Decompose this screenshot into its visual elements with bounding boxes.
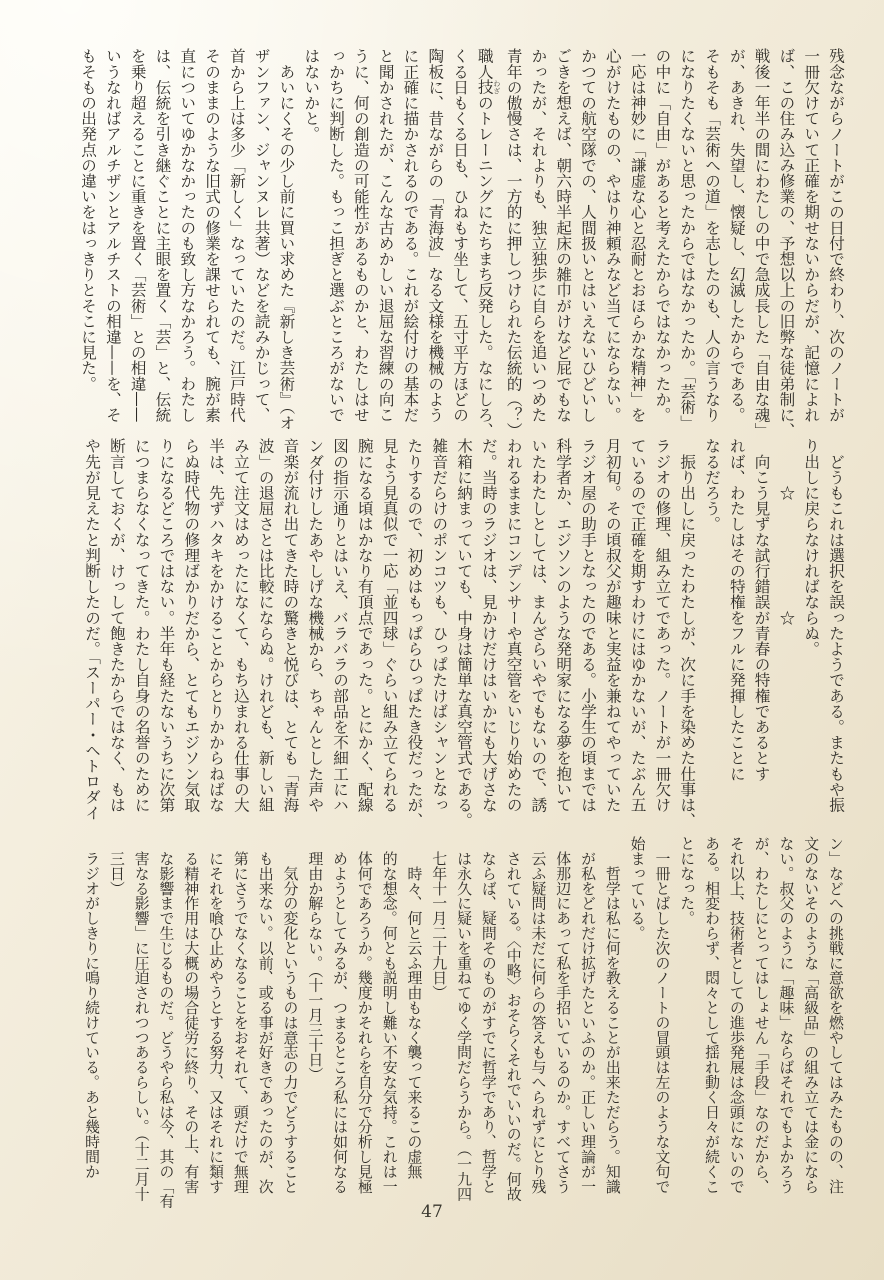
text-block-middle: どうもこれは選択を誤ったようである。またもや振り出しに戻らなければならぬ。 ☆ … [79,438,848,824]
text-column: かったが、それよりも、独立独歩に自らを追いつめた [526,48,551,428]
text-column: いたわたしとしては、まんざらいやでもないので、誘 [526,438,551,824]
text-column: ているので正確を期すわけにはゆかないが、たぶん五 [625,438,650,824]
text-column: ザンファン、ジャンヌレ共著）などを読みかじって、 [249,48,274,428]
text-column: ☆ ☆ [774,438,799,824]
text-column: うに、何の創造の可能性があるものかと、わたしはせ [348,48,373,428]
text-column: そもそも「芸術への道」を志したのも、人の言うなり [699,48,724,428]
text-column: 波」の退屈さとは比較にならぬ。けれども、新しい組 [253,438,278,824]
text-column: 害なる影響」に圧迫されつつあるらしい。（十二月十 [129,836,154,1198]
text-column: が、あきれ、失望し、懐疑し、幻滅したからである。 [724,48,749,428]
text-column: になりたくないと思ったからではなかったか。「芸術」 [674,48,699,428]
text-column: もそもの出発点の違いをはっきりとそこに見た。 [75,48,100,428]
text-column: り出しに戻らなければならぬ。 [798,438,823,824]
text-column: どうもこれは選択を誤ったようである。またもや振 [823,438,848,824]
text-column: 気分の変化というものは意志の力でどうすること [278,836,303,1198]
page-number: 47 [402,1202,462,1222]
text-column: 一冊とばした次のノートの冒頭は左のような文句で [650,836,675,1198]
text-column: 心がけたものの、やはり神頼みなど当てにならない。 [600,48,625,428]
text-column: 残念ながらノートがこの日付で終わり、次のノートが [823,48,848,428]
text-column: な影響まで生じるものだ。どうやら私は今、其の「有 [154,836,179,1198]
text-column: ラジオの修理、組み立てであった。ノートが一冊欠け [650,438,675,824]
text-column: 断言しておくが、けっして飽きたからではなく、もは [104,438,129,824]
text-column: 体那辺にあって私を手招いているのか。すべてさう [550,836,575,1198]
text-column: る精神作用は大概の場合徒労に終り、その上、有害 [178,836,203,1198]
text-column: とになった。 [674,836,699,1198]
text-column: 文のないそのような「高級品」の組み立ては金になら [798,836,823,1198]
text-column: 首から上は多少「新しく」なっていたのだ。江戸時代 [224,48,249,428]
text-column: 云ふ疑問は未だに何らの答えも与へられずにとり残 [526,836,551,1198]
text-column: を乗り超えることに重きを置く「芸術」との相違—— [125,48,150,428]
text-column: ある。相変わらず、悶々として揺れ動く日々が続くこ [699,836,724,1198]
text-column: なるだろう。 [699,438,724,824]
text-column: らぬ時代物の修理ばかりだから、とてもエジソン気取 [178,438,203,824]
text-column: されている。〈中略〉おそらくそれでいいのだ。何故 [501,836,526,1198]
text-block-bottom: ン」などへの挑戦に意欲を燃やしてはみたものの、注文のないそのような「高級品」の組… [79,836,848,1198]
text-column: ン」などへの挑戦に意欲を燃やしてはみたものの、注 [823,836,848,1198]
text-column: 向こう見ずな試行錯誤が青春の特権であるとす [749,438,774,824]
text-column: が、わたしにとってはしょせん「手段」なのだから、 [749,836,774,1198]
text-column: くる日もくる日も、ひねもす坐して、五寸平方ほどの [447,48,472,428]
text-column: も出来ない。以前、或る事が好きであったのが、次 [253,836,278,1198]
text-column: にそれを喰ひ止めやうとする努力、又はそれに類す [203,836,228,1198]
text-column: 直についてゆかなかったのも致し方なかろう。わたし [174,48,199,428]
text-column: 戦後一年半の間にわたしの中で急成長した「自由な魂」 [749,48,774,428]
text-column: われるままにコンデンサーや真空管をいじり始めたの [501,438,526,824]
text-column: れば、わたしはその特権をフルに発揮したことに [724,438,749,824]
book-page: 残念ながらノートがこの日付で終わり、次のノートが一冊欠けていて正確を期せないから… [0,0,884,1280]
text-column: 陶板に、昔ながらの「青海波」なる文様を機械のよう [422,48,447,428]
text-column: は永久に疑いを重ねてゆく学問だらうから。（一九四 [451,836,476,1198]
text-column: めようとしてみるが、つまるところ私には如何なる [327,836,352,1198]
text-column: ならば、疑問そのものがすでに哲学であり、哲学と [476,836,501,1198]
text-column: 雑音だらけのポンコツも、ひっぱたけばシャンとなっ [426,438,451,824]
text-column: 腕になる頃はかなり有頂点であった。とにかく、配線 [352,438,377,824]
text-column: っかちに判断した。もっこ担ぎと選ぶところがないで [323,48,348,428]
text-column: 振り出しに戻ったわたしが、次に手を染めた仕事は、 [674,438,699,824]
text-column: の中に「自由」があると考えたからではなかったか。 [650,48,675,428]
text-column: は、伝統を引き継ぐことに主眼を置く「芸」と、伝統 [150,48,175,428]
text-column: 的な想念。何とも説明し難い不安な気持。これは一 [377,836,402,1198]
text-column: や先が見えたと判断したのだ。「スーパー・ヘトロダイ [79,438,104,824]
text-column: 図の指示通りとはいえ、バラバラの部品を不細工にハ [327,438,352,824]
furigana: 技わざ [476,79,494,95]
text-column: ば、この住み込み修業の、予想以上の旧弊な徒弟制に、 [774,48,799,428]
text-column: そのままのような旧式の修業を課せられても、腕が素 [199,48,224,428]
text-column: だ。当時のラジオは、見かけだけはいかにも大げさな [476,438,501,824]
text-column: 見よう見真似で一応「並四球」ぐらい組み立てられる [377,438,402,824]
text-column: ラジオ屋の助手となったのである。小学生の頃までは [575,438,600,824]
text-column: 哲学は私に何を教えることが出来ただらう。知識 [600,836,625,1198]
text-column: と聞かされたが、こんな古めかしい退屈な習練の向こ [373,48,398,428]
text-column: につまらなくなってきた。わたし自身の名誉のために [129,438,154,824]
text-column: あいにくその少し前に買い求めた『新しき芸術』（オ [274,48,299,428]
text-column: 時々、何と云ふ理由もなく襲って来るこの虚無 [402,836,427,1198]
text-column: 半は、先ずハタキをかけることからとりかからねばな [203,438,228,824]
text-column: 一冊欠けていて正確を期せないからだが、記憶によれ [798,48,823,428]
text-column: 第にさうでなくなることをおそれて、頭だけで無理 [228,836,253,1198]
text-column: かつての航空隊での、人間扱いとはいえないひどいし [575,48,600,428]
text-column: ラジオがしきりに鳴り続けている。あと幾時間か [79,836,104,1198]
text-column: に正確に描かされるのである。これが絵付けの基本だ [398,48,423,428]
text-column: 七年十一月二十九日） [426,836,451,1198]
text-column: はないかと。 [298,48,323,428]
text-column: いうなればアルチザンとアルチストの相違——を、そ [100,48,125,428]
text-column: 始まっている。 [625,836,650,1198]
text-column: 木箱に納まっていても、中身は簡単な真空管式である。 [451,438,476,824]
text-column: ない。叔父のように「趣味」ならばそれでもよかろう [774,836,799,1198]
text-block-top: 残念ながらノートがこの日付で終わり、次のノートが一冊欠けていて正確を期せないから… [75,48,848,428]
text-column: 職人技わざのトレーニングにたちまち反発した。なにしろ、 [472,48,501,428]
text-column: が私をどれだけ拡げたといふのか。正しい理論が一 [575,836,600,1198]
text-column: たりするので、初めはもっぱらひっぱたき役だったが、 [402,438,427,824]
text-column: ごきを想えば、朝六時半起床の雑巾がけなど屁でもな [550,48,575,428]
text-column: 体何であろうか。幾度かそれらを自分で分析し見極 [352,836,377,1198]
text-column: 月初旬。その頃叔父が趣味と実益を兼ねてやっていた [600,438,625,824]
text-column: 一応は神妙に「謙虚な心と忍耐とおほらかな精神」を [625,48,650,428]
text-column: 青年の傲慢さは、一方的に押しつけられた伝統的（？） [501,48,526,428]
text-column: 理由か解らない。（十一月三十日） [302,836,327,1198]
text-column: 三日） [104,836,129,1198]
text-column: それ以上、技術者としての進歩発展は念頭にないので [724,836,749,1198]
text-column: 科学者か、エジソンのような発明家になる夢を抱いて [550,438,575,824]
text-column: 音楽が流れ出てきた時の驚きと悦びは、とても「青海 [278,438,303,824]
text-column: ンダ付けしたあやしげな機械から、ちゃんとした声や [302,438,327,824]
text-column: りになるどころではない。半年も経たないうちに次第 [154,438,179,824]
text-column: み立て注文はめったになくて、もち込まれる仕事の大 [228,438,253,824]
